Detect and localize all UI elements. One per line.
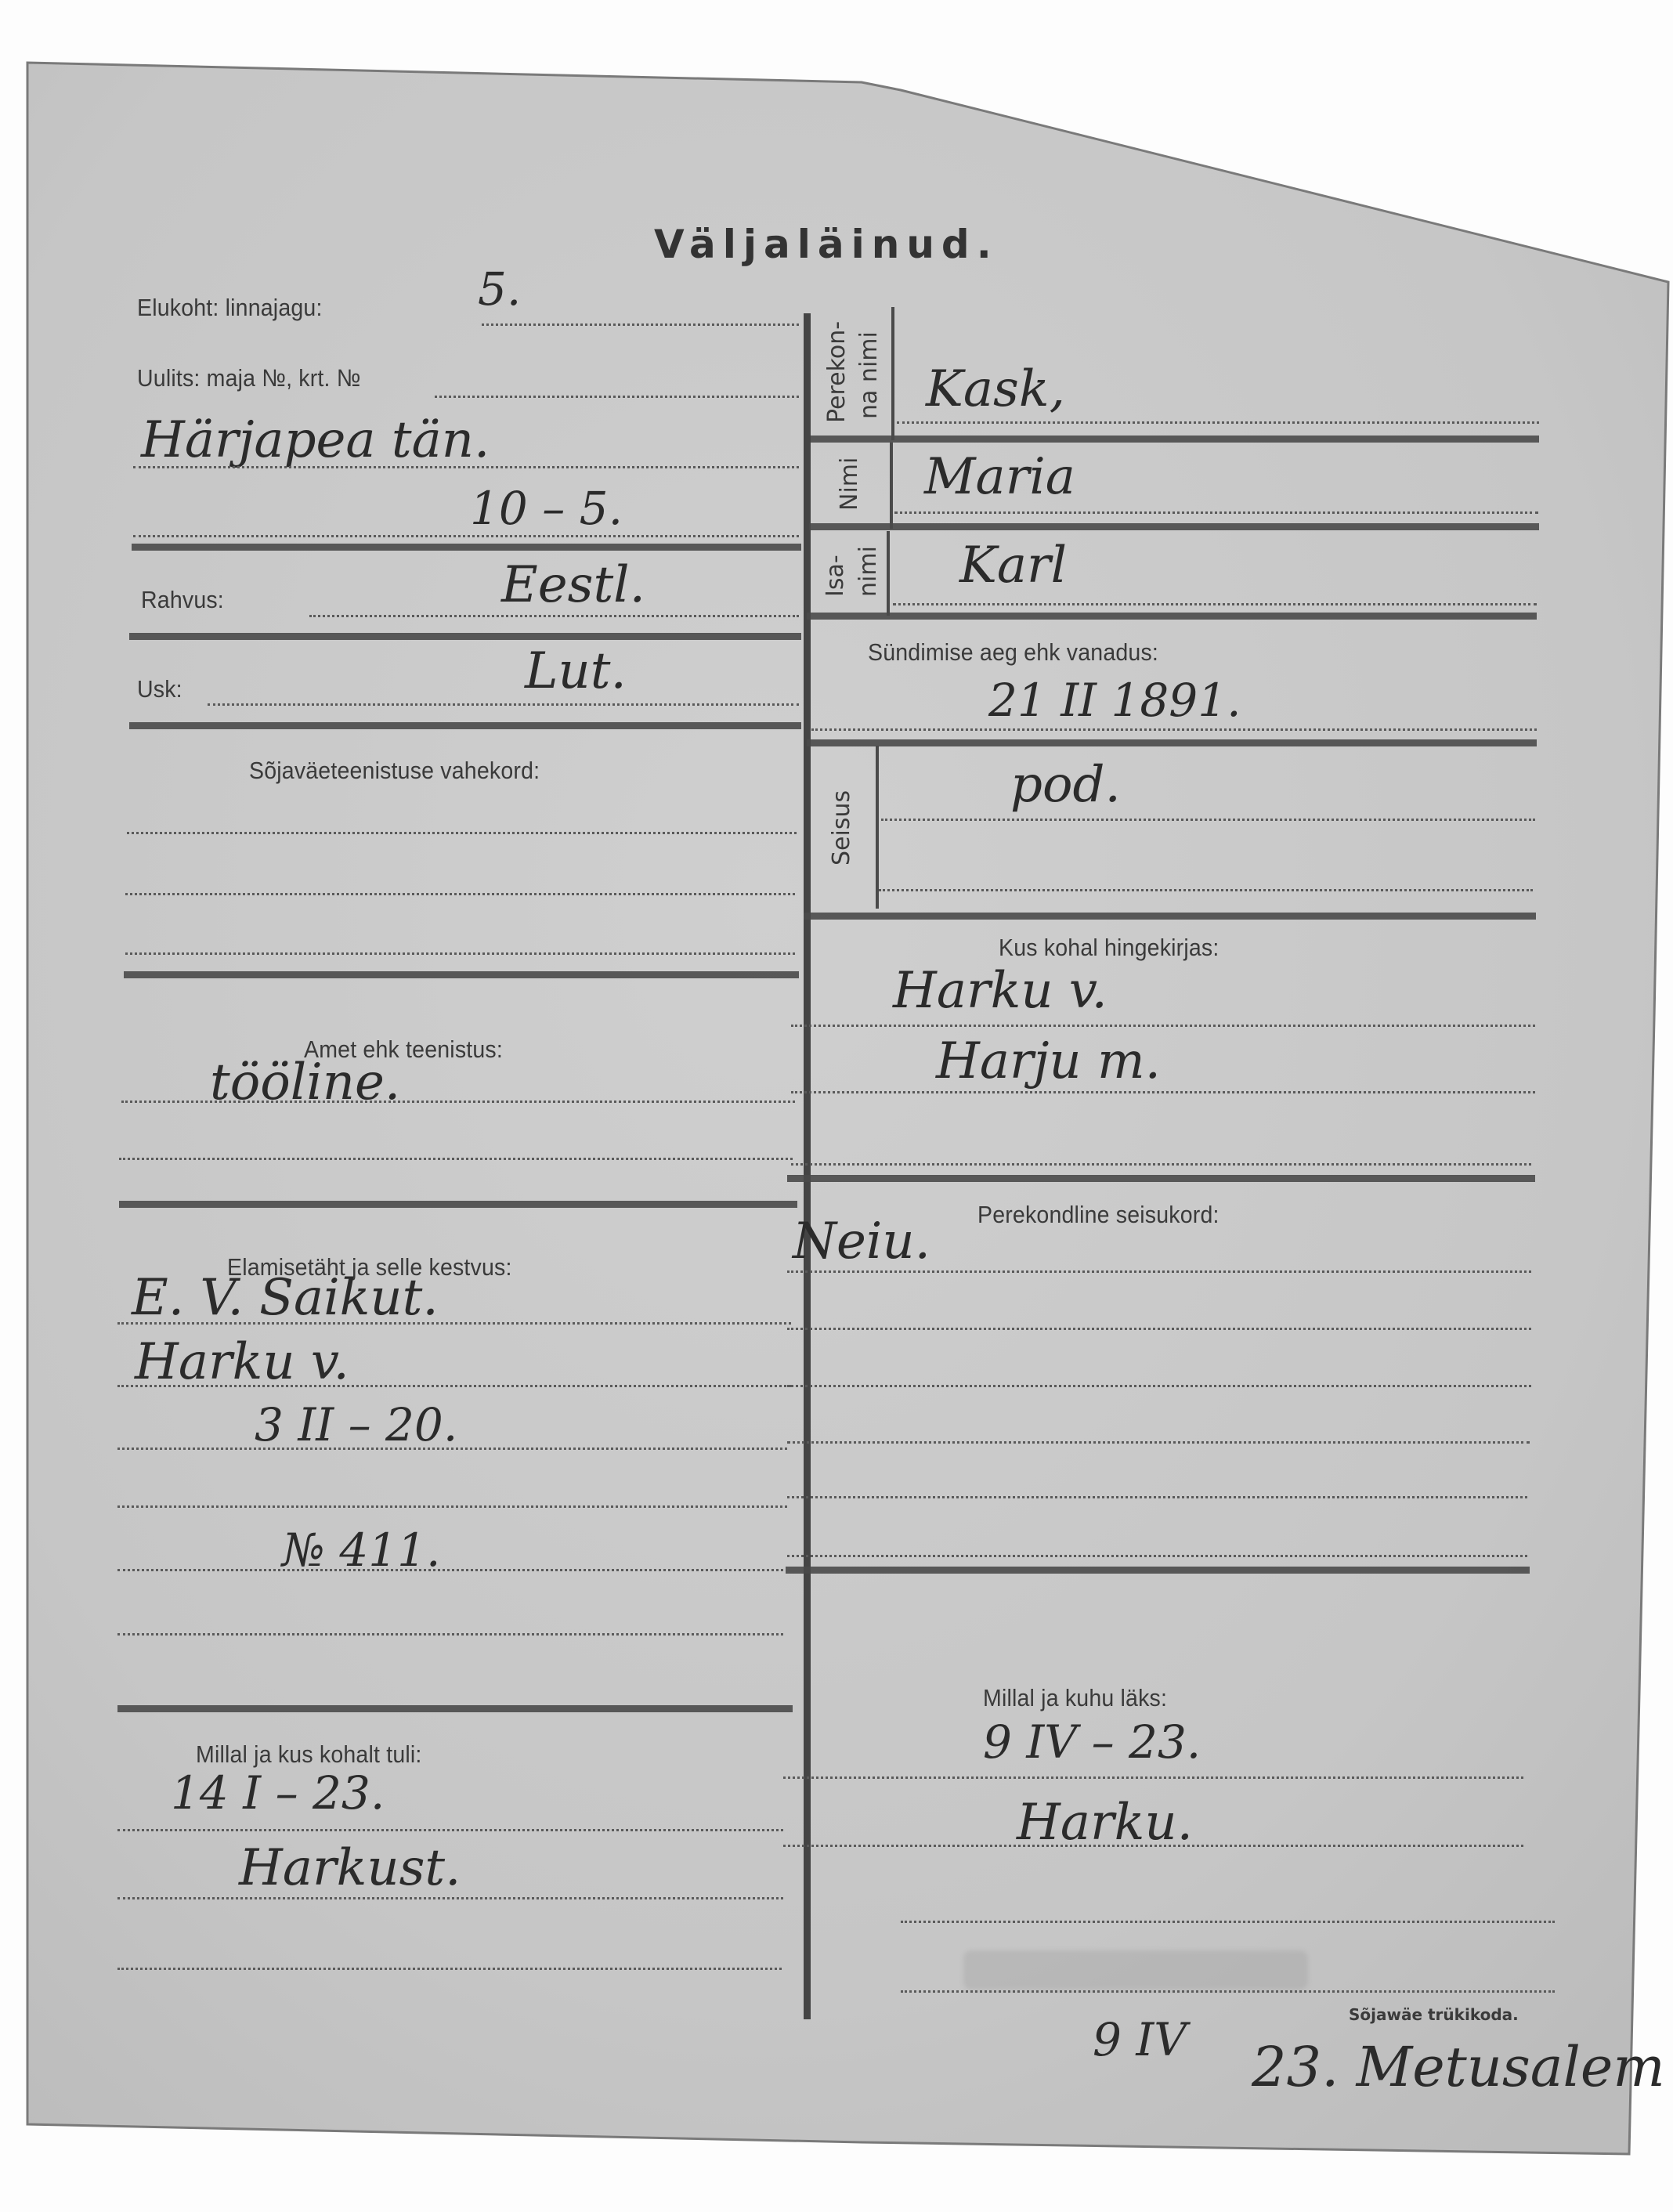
family-dotted-line-1 [787,1270,1531,1273]
departure-dotted-line-3 [901,1921,1555,1923]
birth-label: Sündimise aeg ehk vanadus: [868,638,1158,667]
religion-dotted-line [208,703,799,706]
surname-label-2: na nimi [856,331,883,419]
section-rule [807,613,1537,620]
section-rule [811,436,1539,443]
birth-value: 21 II 1891. [988,674,1241,727]
surname-label-1: Perekon- [824,321,851,423]
street-label: Uulits: maja №, krt. № [137,364,361,392]
name-subcolumn-divider [887,531,890,616]
signature-date: 9 IV [1093,2013,1187,2066]
arrival-dotted-line-2 [117,1897,783,1899]
military-dotted-line-3 [125,952,795,955]
military-dotted-line-2 [125,893,795,895]
permit-dotted-line-3 [117,1448,787,1450]
status-value: pod. [1010,756,1121,814]
section-rule [787,1175,1535,1182]
family-dotted-line-2 [787,1328,1531,1330]
center-divider [804,313,811,2019]
military-service-label: Sõjaväeteenistuse vahekord: [249,757,540,785]
section-rule [807,739,1537,746]
arrival-dotted-line-1 [117,1829,783,1831]
residence-permit-line1: E. V. Saikut. [132,1269,439,1327]
surname-dotted-line [897,421,1539,424]
nationality-label: Rahvus: [141,586,224,614]
parish-register-line2: Harju m. [936,1032,1161,1090]
residence-value: 5. [478,262,521,316]
name-subcolumn-divider [891,307,894,440]
firstname-value: Maria [924,448,1075,506]
family-dotted-line-5 [787,1496,1527,1498]
status-dotted-line-1 [881,819,1535,821]
status-subcolumn-divider [876,746,879,909]
residence-permit-line2: Harku v. [135,1333,349,1391]
residence-dotted-line [482,323,799,326]
religion-label: Usk: [137,675,182,703]
street-dotted-line-1 [435,396,799,398]
name-subcolumn-divider [890,443,893,529]
arrival-dotted-line-3 [117,1968,782,1970]
signature: 23. Metusalem [1252,2035,1665,2099]
departure-label: Millal ja kuhu läks: [983,1684,1167,1712]
firstname-label: Nimi [836,457,863,511]
permit-dotted-line-6 [117,1633,783,1636]
occupation-dotted-line-2 [119,1158,793,1160]
parish-register-line1: Harku v. [893,962,1108,1020]
nationality-dotted-line [309,615,799,617]
nationality-value: Eestl. [501,556,645,614]
faint-stamp [963,1950,1308,1990]
street-dotted-line-3 [133,535,799,537]
permit-dotted-line-1 [117,1322,791,1325]
status-dotted-line-2 [879,889,1533,891]
religion-value: Lut. [525,642,627,700]
family-dotted-line-6 [787,1555,1527,1557]
section-rule [132,544,801,551]
scanned-page: Väljaläinud. Elukoht: linnajagu: 5. Uuli… [0,0,1673,2212]
fathers-name-value: Karl [959,537,1067,595]
departure-value-line2: Harku. [1017,1794,1193,1852]
parish-dotted-line-3 [791,1163,1531,1166]
family-dotted-line-3 [787,1385,1531,1387]
section-rule [129,633,801,640]
street-dotted-line-2 [133,466,799,468]
birth-dotted-line [811,728,1537,731]
departure-dotted-line-2 [783,1845,1523,1847]
parish-dotted-line-2 [791,1091,1535,1093]
section-rule [124,971,799,978]
permit-dotted-line-2 [117,1385,791,1387]
section-rule [809,523,1539,530]
parish-register-label: Kus kohal hingekirjas: [999,934,1219,962]
document-title: Väljaläinud. [654,222,999,267]
residence-permit-line3: 3 II – 20. [255,1398,457,1451]
fathers-name-label-2: nimi [855,546,882,597]
residence-label: Elukoht: linnajagu: [137,294,323,322]
street-value-line1: Härjapea tän. [141,411,490,469]
departure-dotted-line-4 [901,1990,1555,1993]
printer-mark: Sõjawäe trükikoda. [1349,2005,1519,2024]
surname-value: Kask, [926,360,1065,418]
section-rule [117,1705,793,1712]
departure-dotted-line-1 [783,1776,1523,1779]
occupation-dotted-line-1 [121,1101,795,1103]
section-rule [129,722,801,729]
fathers-name-label-1: Isa- [822,555,849,597]
arrival-value-line2: Harkust. [239,1839,461,1897]
family-status-label: Perekondline seisukord: [977,1201,1220,1229]
firstname-dotted-line [894,511,1538,514]
fathers-name-dotted-line [893,603,1537,605]
family-dotted-line-4 [787,1441,1530,1444]
arrival-label: Millal ja kus kohalt tuli: [196,1740,422,1769]
parish-dotted-line-1 [791,1025,1535,1027]
arrival-value-line1: 14 I – 23. [171,1766,385,1820]
section-rule [804,913,1536,920]
permit-dotted-line-5 [117,1569,783,1571]
departure-value-line1: 9 IV – 23. [983,1715,1201,1769]
section-rule [119,1201,797,1208]
section-rule [786,1567,1530,1574]
military-dotted-line-1 [127,832,797,834]
family-status-value: Neiu. [793,1213,930,1270]
permit-dotted-line-4 [117,1505,787,1508]
street-value-line2: 10 – 5. [470,482,623,535]
status-label: Seisus [829,790,855,866]
